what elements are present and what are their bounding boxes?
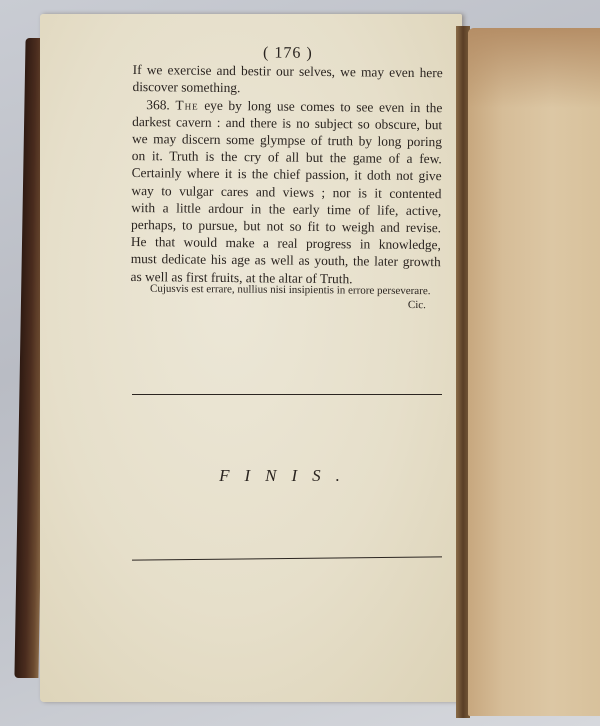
latin-epigraph: Cujusvis est errare, nullius nisi insipi… bbox=[150, 282, 440, 313]
paragraph-lead: The bbox=[175, 97, 198, 112]
horizontal-rule-top bbox=[132, 394, 442, 395]
epigraph-attribution: Cic. bbox=[150, 296, 440, 313]
text-line-rest: eye by long use comes to see even in the bbox=[204, 97, 442, 114]
finis-heading: FINIS. bbox=[132, 466, 442, 486]
epigraph-text: Cujusvis est errare, nullius nisi insipi… bbox=[150, 282, 440, 299]
endpaper-stain bbox=[468, 28, 600, 108]
page-text-block: ( 176 ) If we exercise and bestir our se… bbox=[130, 43, 443, 288]
right-endpaper bbox=[468, 28, 600, 716]
paragraph-number: 368. bbox=[146, 97, 170, 112]
page-number: ( 176 ) bbox=[133, 43, 443, 63]
